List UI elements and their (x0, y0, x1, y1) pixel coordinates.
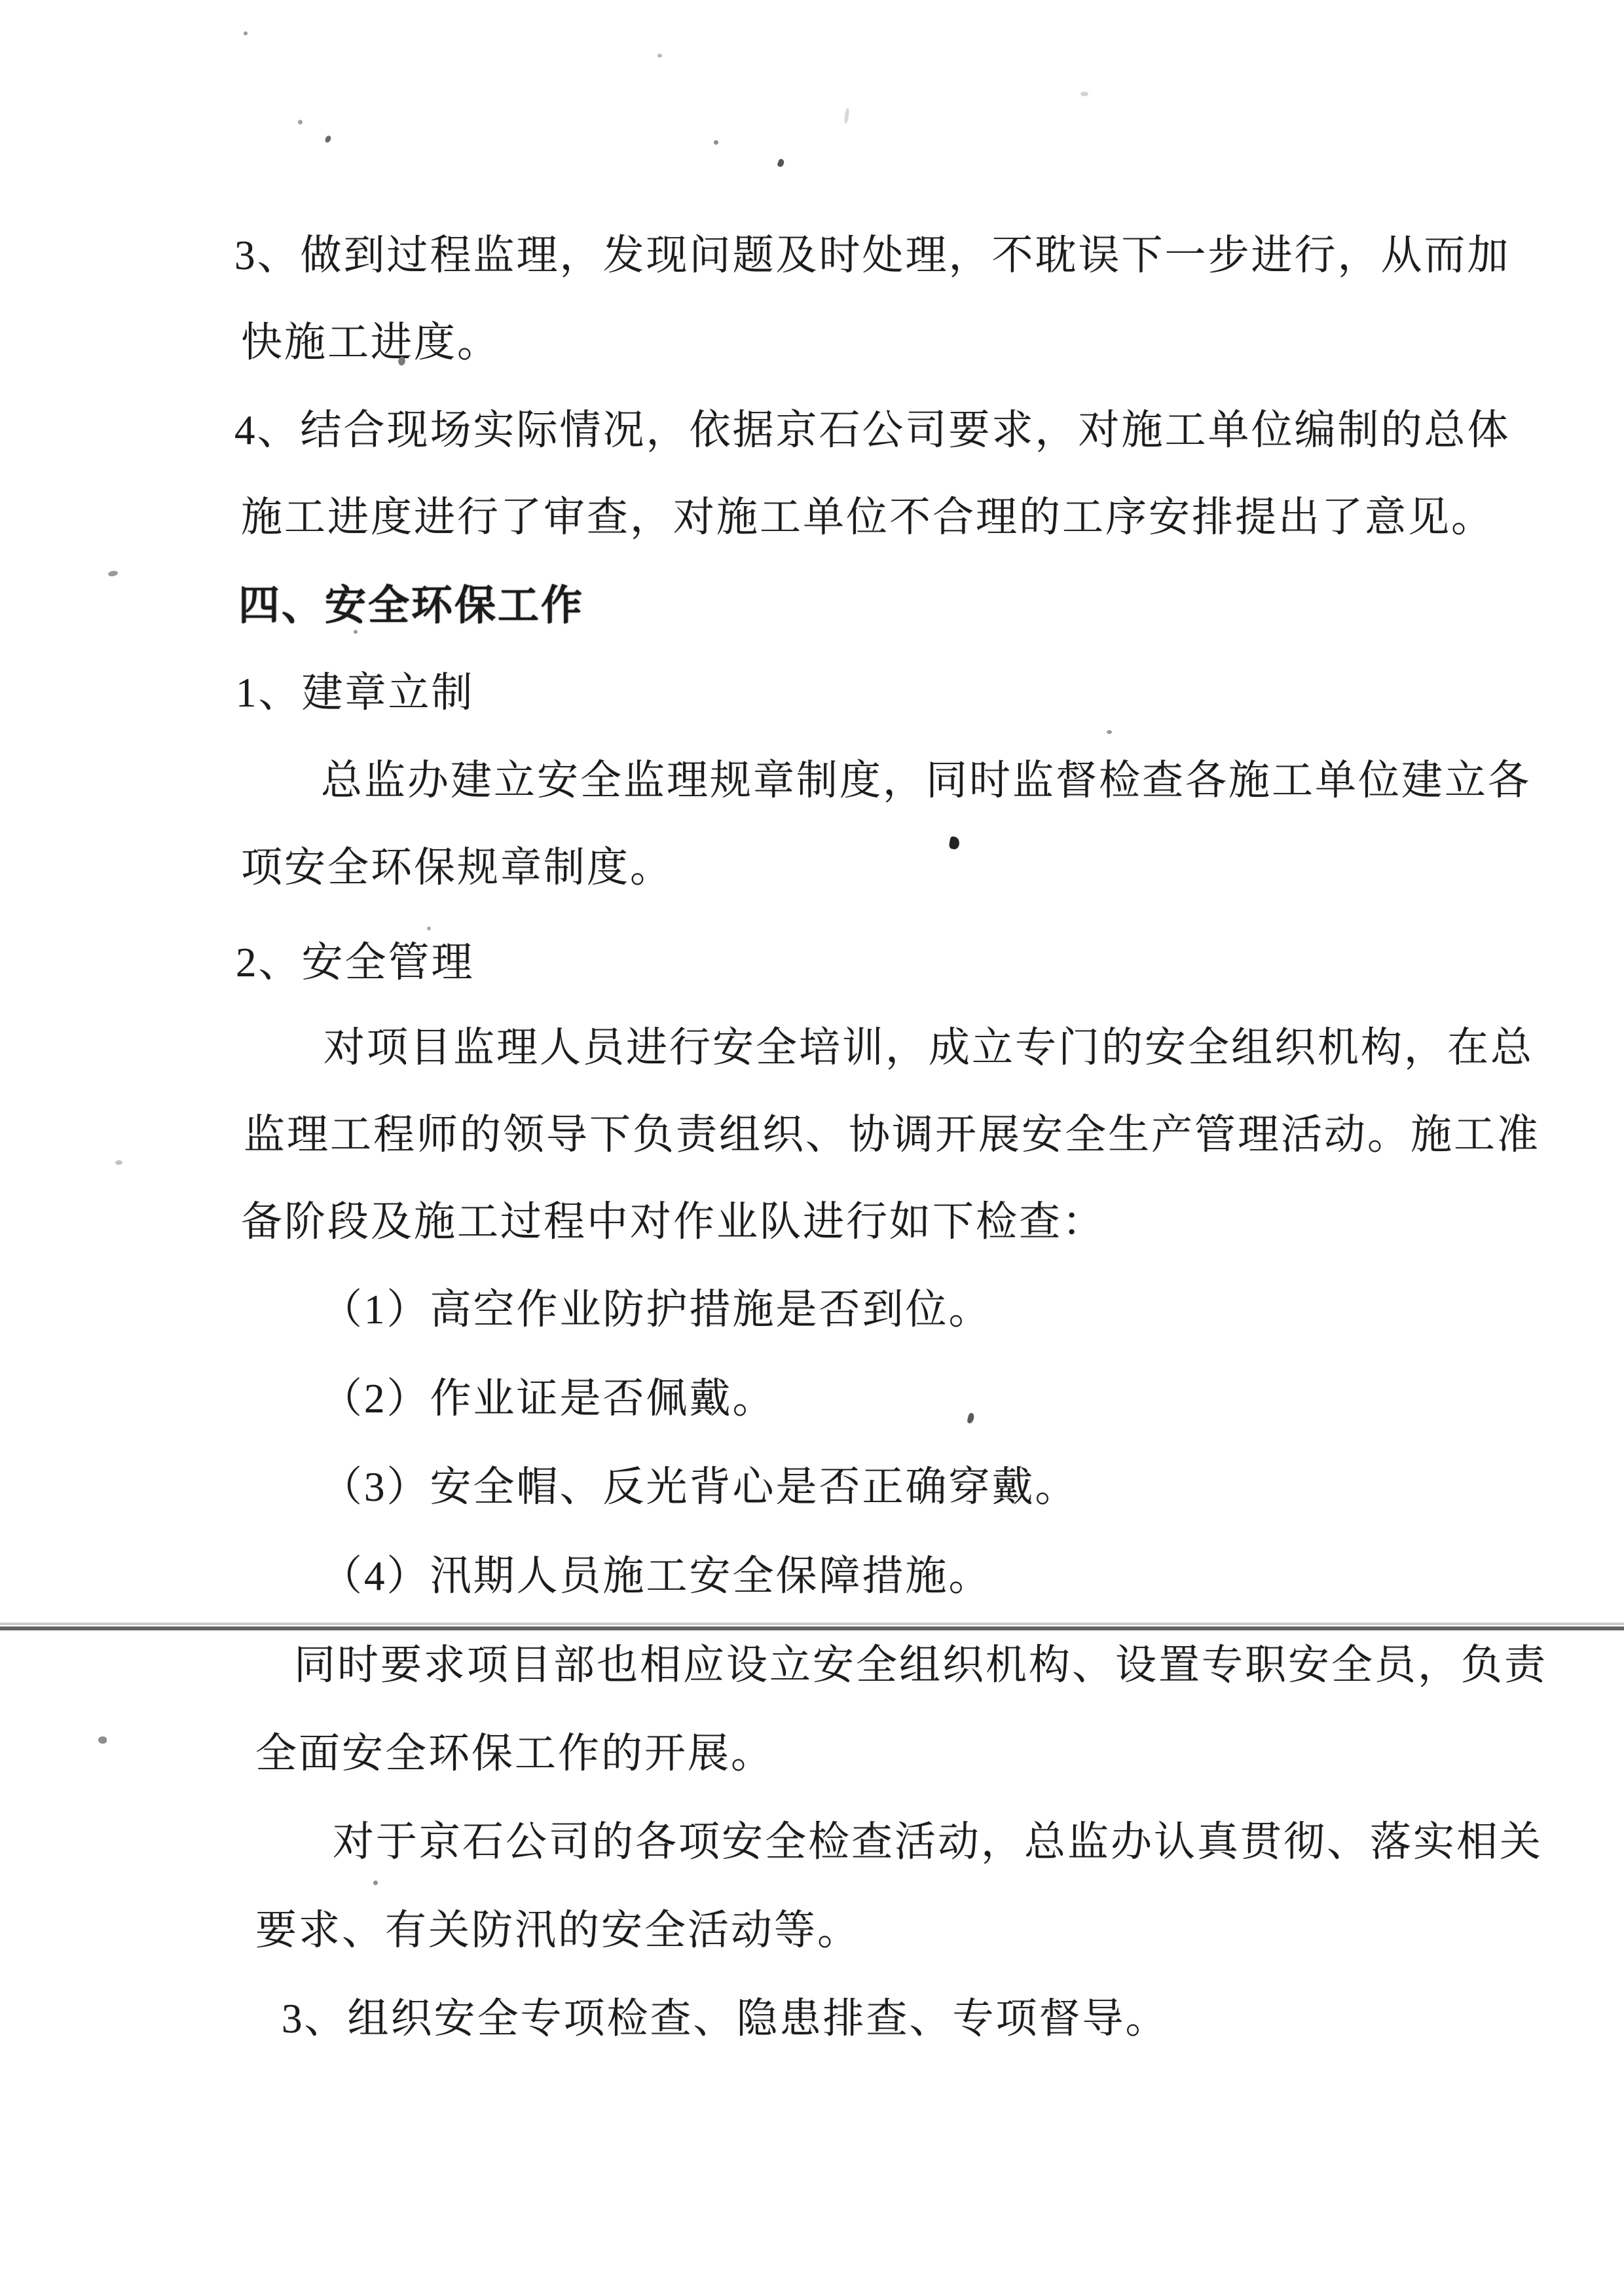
scan-speck (967, 1412, 975, 1424)
text-line: 同时要求项目部也相应设立安全组织机构、设置专职安全员，负责 (294, 1621, 1547, 1709)
scan-speck (354, 630, 358, 634)
text-line: （4）汛期人员施工安全保障措施。 (321, 1532, 992, 1620)
scan-speck (1080, 92, 1088, 96)
text-line: 总监办建立安全监理规章制度，同时监督检查各施工单位建立各 (321, 737, 1531, 824)
text-line: 四、安全环保工作 (238, 562, 584, 650)
document-page: 3、做到过程监理，发现问题及时处理，不耽误下一步进行，从而加快施工进度。4、结合… (0, 0, 1624, 2295)
text-line: （3）安全帽、反光背心是否正确穿戴。 (321, 1443, 1079, 1531)
scan-speck (98, 1736, 107, 1744)
scan-speck (714, 140, 718, 145)
scan-speck (107, 570, 118, 577)
horizontal-divider (0, 1623, 1624, 1630)
text-line: 对项目监理人员进行安全培训，成立专门的安全组织机构，在总 (323, 1004, 1534, 1092)
text-line: （1）高空作业防护措施是否到位。 (321, 1266, 992, 1353)
scan-speck (948, 836, 960, 850)
divider-dark-stripe (0, 1626, 1624, 1630)
text-line: 1、建章立制 (236, 649, 475, 737)
scan-speck (298, 120, 303, 124)
scan-speck (777, 158, 785, 168)
divider-light-stripe (0, 1623, 1624, 1625)
text-line: 项安全环保规章制度。 (241, 824, 673, 911)
text-line: 3、组织安全专项检查、隐患排查、专项督导。 (282, 1975, 1169, 2063)
text-line: 4、结合现场实际情况，依据京石公司要求，对施工单位编制的总体 (234, 386, 1511, 474)
text-line: 对于京石公司的各项安全检查活动，总监办认真贯彻、落实相关 (333, 1798, 1543, 1886)
scan-speck (244, 31, 248, 35)
text-line: 快施工进度。 (241, 299, 500, 386)
text-line: （2）作业证是否佩戴。 (321, 1355, 776, 1442)
scan-speck (373, 1881, 378, 1885)
scan-speck (427, 927, 431, 930)
scan-speck (324, 135, 331, 143)
text-line: 全面安全环保工作的开展。 (255, 1710, 774, 1797)
scan-speck (657, 54, 662, 58)
text-line: 2、安全管理 (236, 919, 475, 1006)
text-line: 施工进度进行了审查，对施工单位不合理的工序安排提出了意见。 (241, 473, 1494, 561)
text-line: 监理工程师的领导下负责组织、协调开展安全生产管理活动。施工准 (244, 1091, 1540, 1179)
text-line: 要求、有关防汛的安全活动等。 (255, 1886, 860, 1974)
text-line: 备阶段及施工过程中对作业队进行如下检查： (241, 1178, 1105, 1266)
scan-speck (115, 1160, 122, 1165)
scan-speck (1107, 730, 1112, 734)
text-line: 3、做到过程监理，发现问题及时处理，不耽误下一步进行，从而加 (234, 211, 1511, 299)
scan-speck (843, 108, 849, 124)
